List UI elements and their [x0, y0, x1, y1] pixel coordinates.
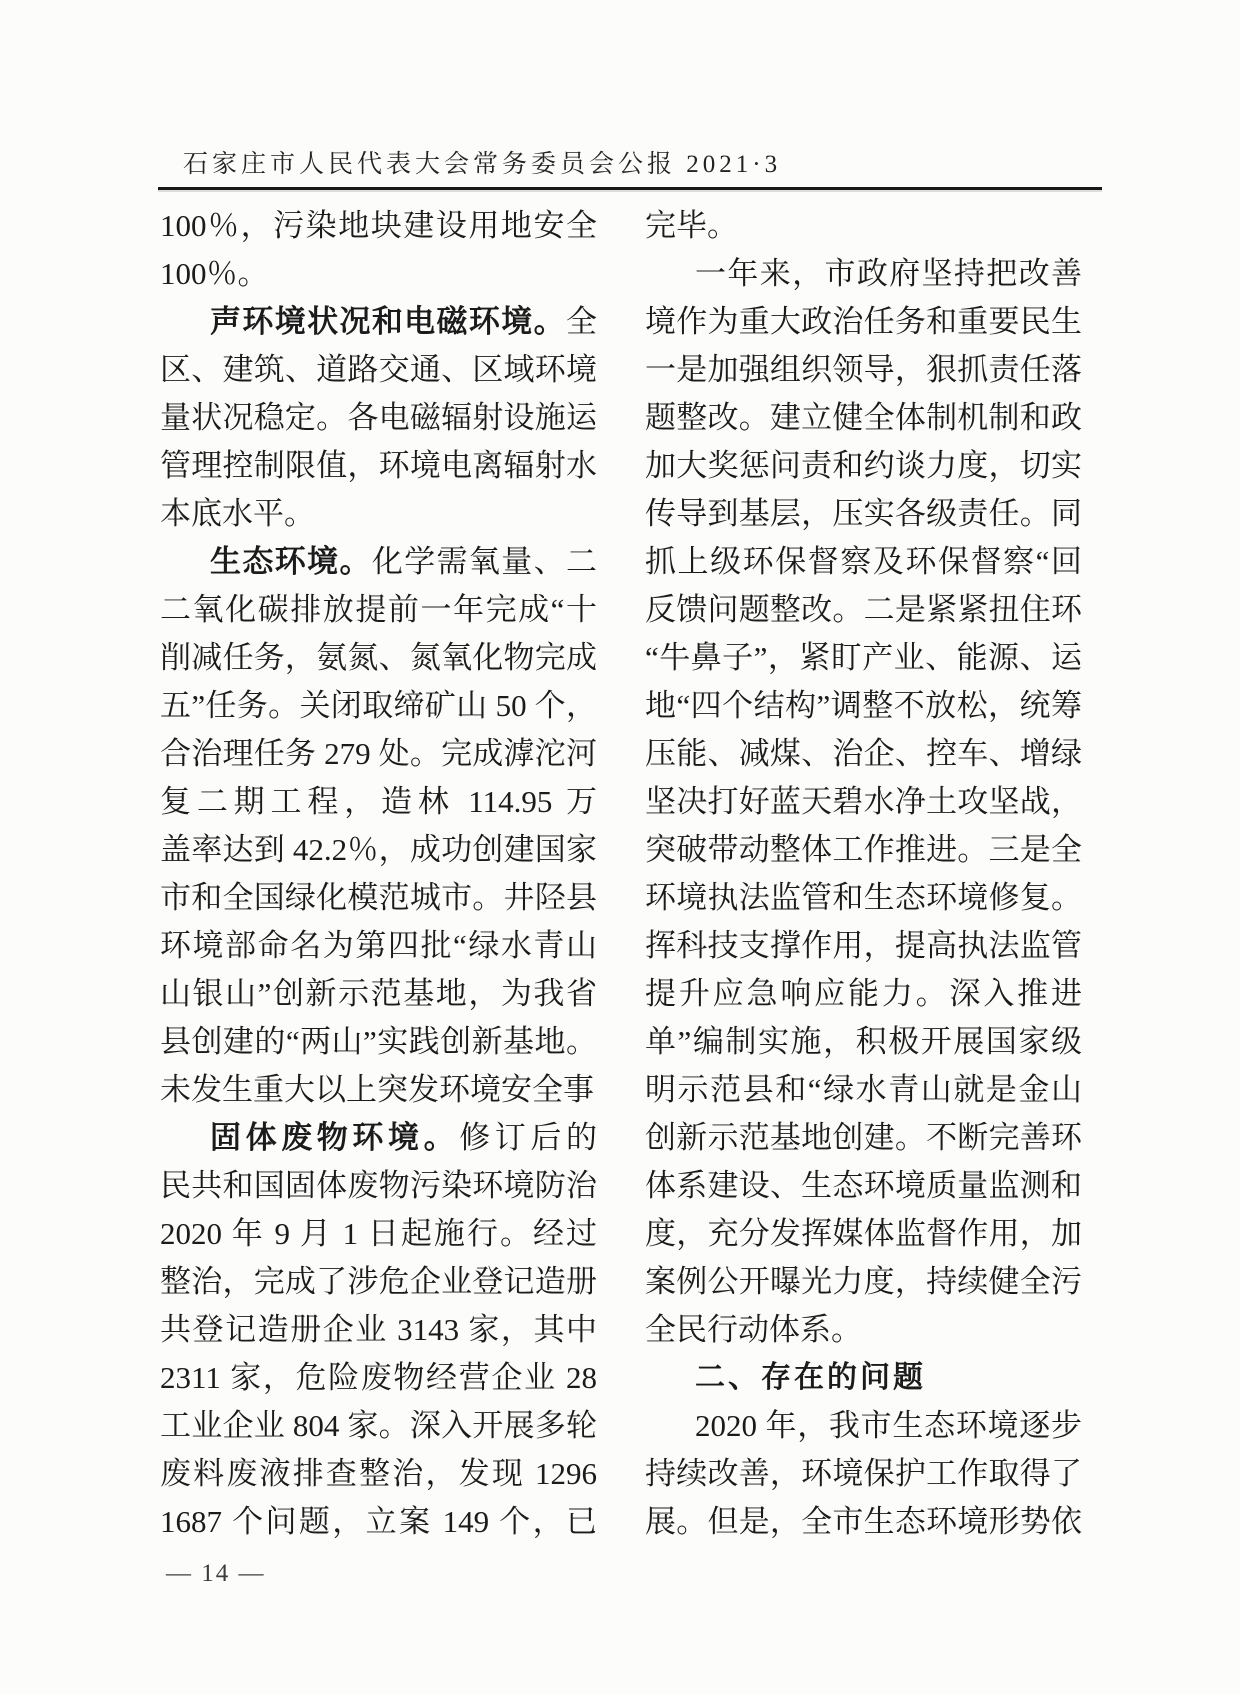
text-line: 单”编制实施，积极开展国家级生态文	[645, 1018, 1082, 1066]
text-line: 共登记造册企业 3143 家，其中工业企业	[160, 1306, 597, 1354]
text-line: 本底水平。	[160, 490, 597, 538]
text-line: 加大奖惩问责和约谈力度，切实把压力	[645, 442, 1082, 490]
text-line: 2020 年 9 月 1 日起施行。经过两轮排查	[160, 1210, 597, 1258]
column-left: 100％，污染地块建设用地安全利用率100％。声环境状况和电磁环境。全市功能区、…	[160, 202, 597, 1546]
text-line: 挥科技支撑作用，提高执法监管效率，	[645, 922, 1082, 970]
text-line: 度，充分发挥媒体监督作用，加大违法	[645, 1210, 1082, 1258]
text-line: 未发生重大以上突发环境安全事件。	[160, 1066, 597, 1114]
page-number: — 14 —	[166, 1560, 266, 1588]
text-line: 完毕。	[645, 202, 1082, 250]
text-line: 突破带动整体工作推进。三是全面加强	[645, 826, 1082, 874]
section-heading: 二、存在的问题	[645, 1354, 1082, 1402]
text-line: 量状况稳定。各电磁辐射设施运行低于	[160, 394, 597, 442]
text-line: 废料废液排查整治，发现 1296 家企业	[160, 1450, 597, 1498]
text-line: 1687 个问题，立案 149 个，已全部整改	[160, 1498, 597, 1546]
text-line: 一是加强组织领导，狠抓责任落实和问	[645, 346, 1082, 394]
text-line: 二氧化碳排放提前一年完成“十三五”	[160, 586, 597, 634]
text-line: 提升应急响应能力。深入推进“三线一	[645, 970, 1082, 1018]
text-line: 整治，完成了涉危企业登记造册任务，	[160, 1258, 597, 1306]
text-line: 管理控制限值，环境电离辐射水平处于	[160, 442, 597, 490]
text-line: 反馈问题整改。二是紧紧扭住环保工作	[645, 586, 1082, 634]
text-line: 压能、减煤、治企、控车、增绿工作，	[645, 730, 1082, 778]
text-line: 削减任务，氨氮、氮氧化物完成“十三	[160, 634, 597, 682]
column-right: 完毕。一年来，市政府坚持把改善生态环境作为重大政治任务和重要民生工程。一是加强组…	[645, 202, 1082, 1546]
text-line: 山银山”创新示范基地，为我省首个整	[160, 970, 597, 1018]
text-line: 工业企业 804 家。深入开展多轮次工业	[160, 1402, 597, 1450]
text-line: 持续改善，环境保护工作取得了积极进	[645, 1450, 1082, 1498]
text-line: 2311 家，危险废物经营企业 28 家，非	[160, 1354, 597, 1402]
text-line: 明示范县和“绿水青山就是金山银山”	[645, 1066, 1082, 1114]
page-header-title: 石家庄市人民代表大会常务委员会公报 2021·3	[183, 144, 781, 180]
text-line: 创新示范基地创建。不断完善环境信用	[645, 1114, 1082, 1162]
paragraph-lead: 声环境状况和电磁环境。	[210, 304, 566, 339]
text-line: 环境部命名为第四批“绿水青山就是金	[160, 922, 597, 970]
paragraph-lead: 生态环境。	[210, 544, 372, 579]
text-line: 坚决打好蓝天碧水净土攻坚战，以重点	[645, 778, 1082, 826]
text-line: 五”任务。关闭取缔矿山 50 个，完成综	[160, 682, 597, 730]
text-line: 100％，污染地块建设用地安全利用率	[160, 202, 597, 250]
text-line: 市和全国绿化模范城市。井陉县被生态	[160, 874, 597, 922]
text-line: 展。但是，全市生态环境形势依然敏感	[645, 1498, 1082, 1546]
text-line: 体系建设、生态环境质量监测和评价制	[645, 1162, 1082, 1210]
text-line: 2020 年，我市生态环境逐步好转、	[645, 1402, 1082, 1450]
text-line: 生态环境。化学需氧量、二氧化硫、	[160, 538, 597, 586]
text-line: 传导到基层，压实各级责任。同时，狠	[645, 490, 1082, 538]
text-line: 环境执法监管和生态环境修复。充分发	[645, 874, 1082, 922]
text-line: 民共和国固体废物污染环境防治法》于	[160, 1162, 597, 1210]
paragraph-lead: 固体废物环境。	[210, 1120, 459, 1155]
text-line: 题整改。建立健全体制机制和政策体系，	[645, 394, 1082, 442]
text-line: “牛鼻子”，紧盯产业、能源、运输、用	[645, 634, 1082, 682]
text-line: 盖率达到 42.2％，成功创建国家森林城	[160, 826, 597, 874]
header-rule	[158, 187, 1102, 190]
text-line: 一年来，市政府坚持把改善生态环	[645, 250, 1082, 298]
bulletin-page: 石家庄市人民代表大会常务委员会公报 2021·3 100％，污染地块建设用地安全…	[0, 0, 1240, 1694]
text-line: 固体废物环境。修订后的《中华人	[160, 1114, 597, 1162]
text-line: 境作为重大政治任务和重要民生工程。	[645, 298, 1082, 346]
text-line: 合治理任务 279 处。完成滹沱河生态修	[160, 730, 597, 778]
text-line: 全民行动体系。	[645, 1306, 1082, 1354]
text-line: 100％。	[160, 250, 597, 298]
text-line: 案例公开曝光力度，持续健全污染防治	[645, 1258, 1082, 1306]
text-line: 复二期工程，造林 114.95 万亩，森林覆	[160, 778, 597, 826]
text-line: 声环境状况和电磁环境。全市功能	[160, 298, 597, 346]
text-line: 区、建筑、道路交通、区域环境噪声质	[160, 346, 597, 394]
text-line: 地“四个结构”调整不放松，统筹推进	[645, 682, 1082, 730]
text-line: 县创建的“两山”实践创新基地。全市	[160, 1018, 597, 1066]
text-line: 抓上级环保督察及环保督察“回头看”	[645, 538, 1082, 586]
